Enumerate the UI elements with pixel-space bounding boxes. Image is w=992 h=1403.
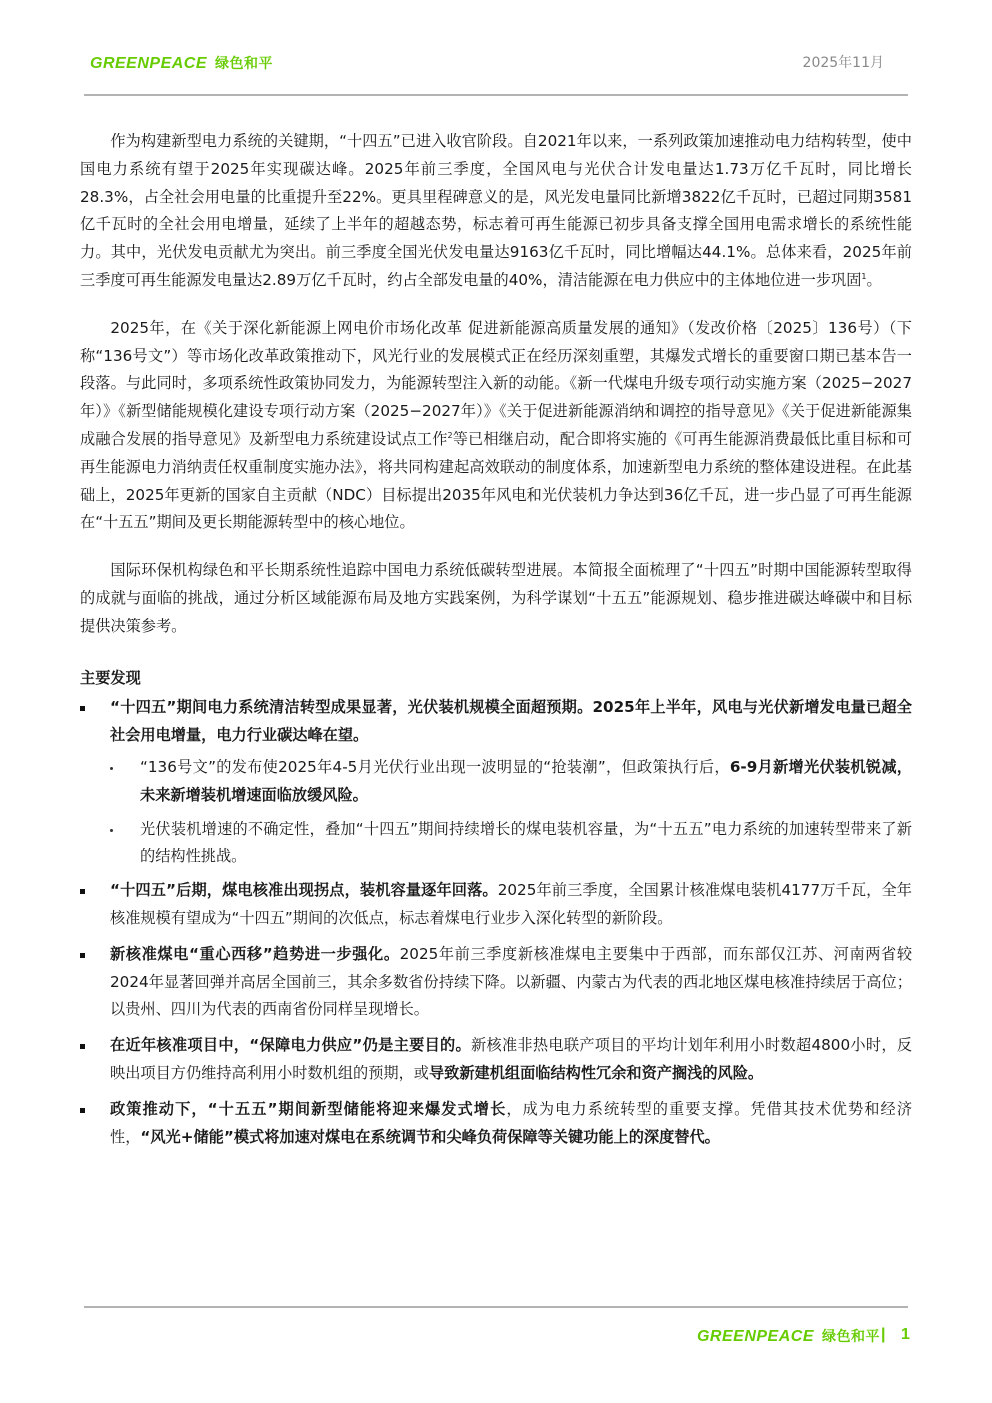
- logo-text-cn: 绿色和平: [822, 1328, 880, 1344]
- document-body: 作为构建新型电力系统的关键期，“十四五”已进入收官阶段。自2021年以来，一系列…: [80, 128, 912, 1159]
- finding-item-5: 政策推动下，“十五五”期间新型储能将迎来爆发式增长，成为电力系统转型的重要支撑。…: [80, 1096, 912, 1152]
- finding-item-1: “十四五”期间电力系统清洁转型成果显著，光伏装机规模全面超预期。2025年上半年…: [80, 694, 912, 871]
- finding-item-3: 新核准煤电“重心西移”趋势进一步强化。2025年前三季度新核准煤电主要集中于西部…: [80, 941, 912, 1024]
- intro-paragraph-3: 国际环保机构绿色和平长期系统性追踪中国电力系统低碳转型进展。本简报全面梳理了“十…: [80, 557, 912, 640]
- finding-item-4: 在近年核准项目中，“保障电力供应”仍是主要目的。新核准非热电联产项目的平均计划年…: [80, 1032, 912, 1088]
- intro-paragraph-1: 作为构建新型电力系统的关键期，“十四五”已进入收官阶段。自2021年以来，一系列…: [80, 128, 912, 295]
- intro-paragraph-2: 2025年，在《关于深化新能源上网电价市场化改革 促进新能源高质量发展的通知》（…: [80, 315, 912, 537]
- logo-text-en: GREENPEACE: [697, 1328, 814, 1345]
- footer-greenpeace-logo: GREENPEACE绿色和平: [697, 1326, 880, 1346]
- finding-1-subitems: “136号文”的发布使2025年4-5月光伏行业出现一波明显的“抢装潮”，但政策…: [110, 754, 912, 871]
- finding-1-subitem-1: “136号文”的发布使2025年4-5月光伏行业出现一波明显的“抢装潮”，但政策…: [110, 754, 912, 810]
- header-date: 2025年11月: [803, 52, 884, 72]
- header-greenpeace-logo: GREENPEACE绿色和平: [90, 53, 273, 73]
- header-divider: [84, 94, 908, 96]
- key-findings-list: “十四五”期间电力系统清洁转型成果显著，光伏装机规模全面超预期。2025年上半年…: [80, 694, 912, 1151]
- page-number: 1: [901, 1326, 910, 1344]
- finding-item-2: “十四五”后期，煤电核准出现拐点，装机容量逐年回落。2025年前三季度，全国累计…: [80, 877, 912, 933]
- footer-divider: [84, 1306, 908, 1308]
- finding-1-subitem-2: 光伏装机增速的不确定性，叠加“十四五”期间持续增长的煤电装机容量，为“十五五”电…: [110, 816, 912, 872]
- logo-text-en: GREENPEACE: [90, 55, 207, 72]
- section-title-key-findings: 主要发现: [80, 665, 912, 693]
- logo-text-cn: 绿色和平: [215, 55, 273, 71]
- footer-separator: |: [881, 1326, 885, 1344]
